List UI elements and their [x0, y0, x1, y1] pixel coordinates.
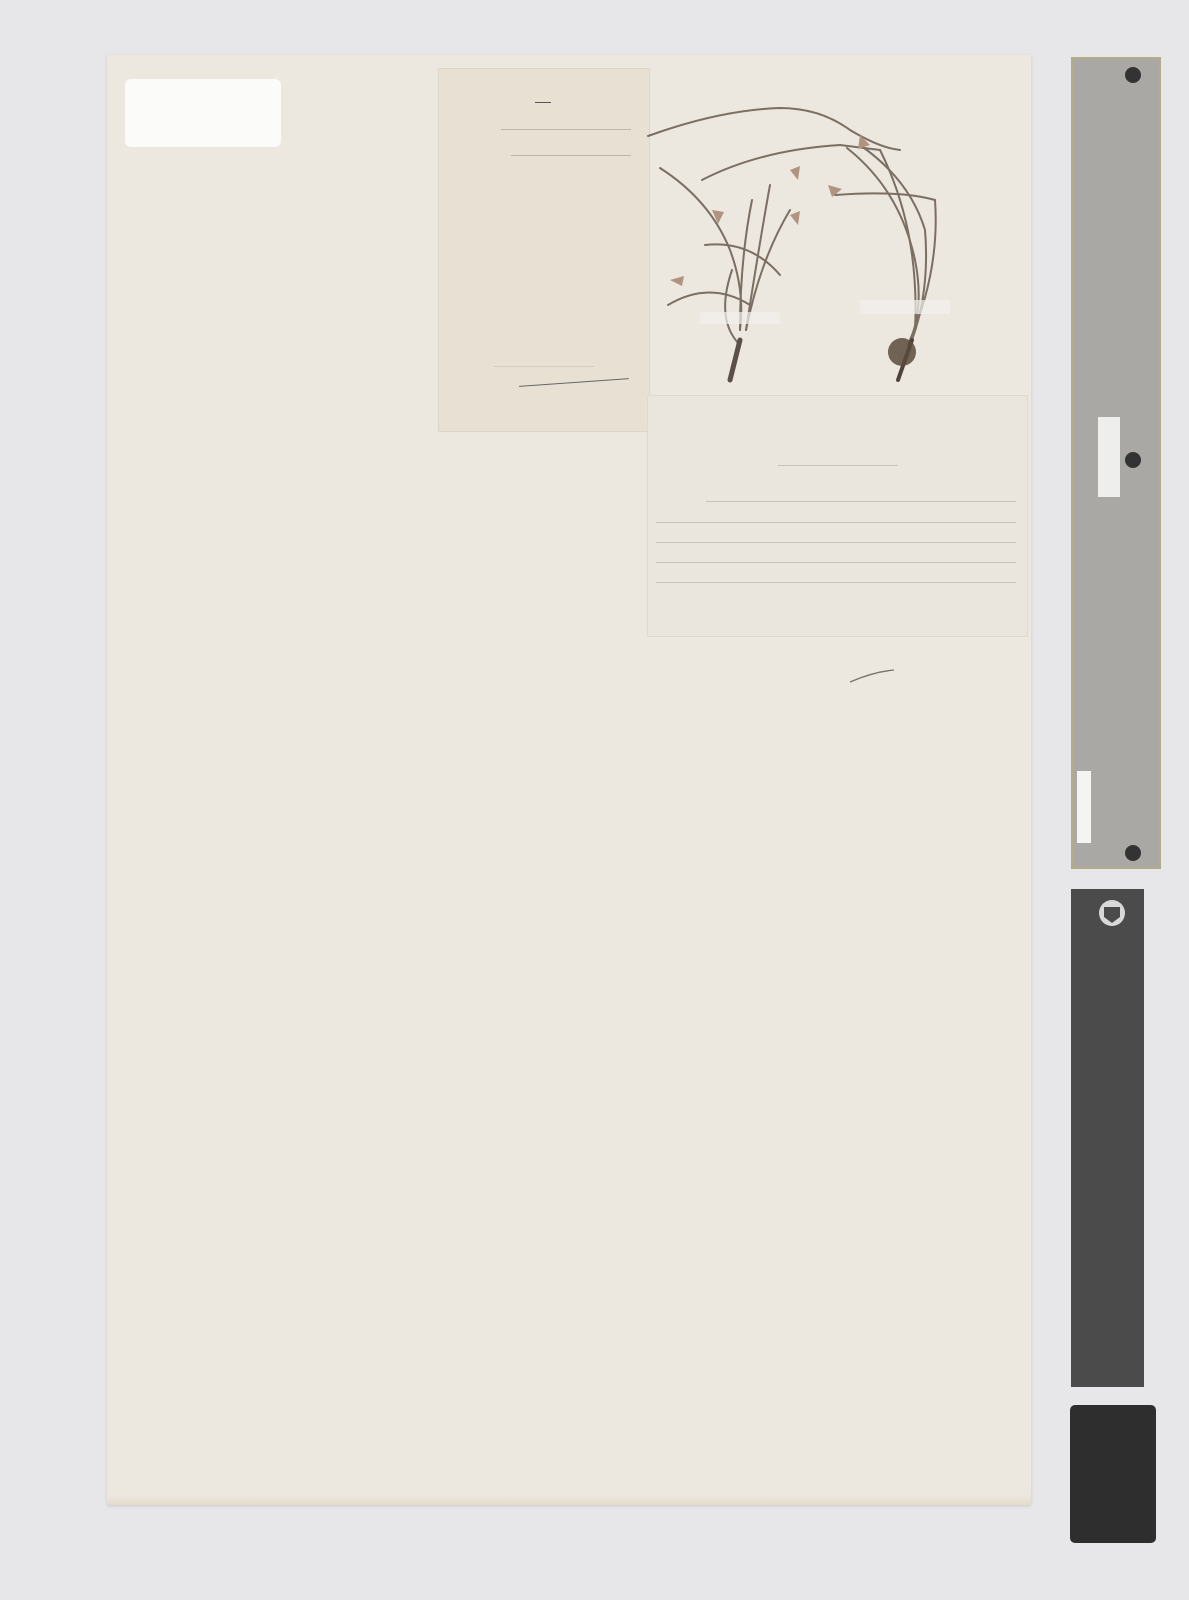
strip-hole [1125, 452, 1141, 468]
rule [494, 366, 594, 367]
divider [778, 465, 898, 466]
gray-wedge [1098, 417, 1120, 497]
strip-hole [1125, 67, 1141, 83]
strip-code [1077, 771, 1091, 843]
rule [501, 129, 631, 130]
rule [706, 501, 1016, 502]
barcode-label [125, 79, 281, 147]
divider [535, 102, 551, 103]
strike-line [519, 378, 629, 387]
kew-scale-bar [1071, 889, 1144, 1387]
rule [656, 582, 1016, 583]
barcode [137, 86, 269, 116]
plant-specimen [640, 90, 970, 390]
rule [511, 155, 631, 156]
field-label [438, 68, 650, 432]
rule [656, 522, 1016, 523]
rule [656, 562, 1016, 563]
color-checker-card [1070, 1405, 1156, 1543]
color-calibration-strip [1071, 57, 1161, 869]
expedition-label [647, 395, 1028, 637]
kew-crest-icon [1094, 895, 1130, 931]
rule [656, 542, 1016, 543]
strip-hole [1125, 845, 1141, 861]
underline-mark [848, 668, 898, 684]
